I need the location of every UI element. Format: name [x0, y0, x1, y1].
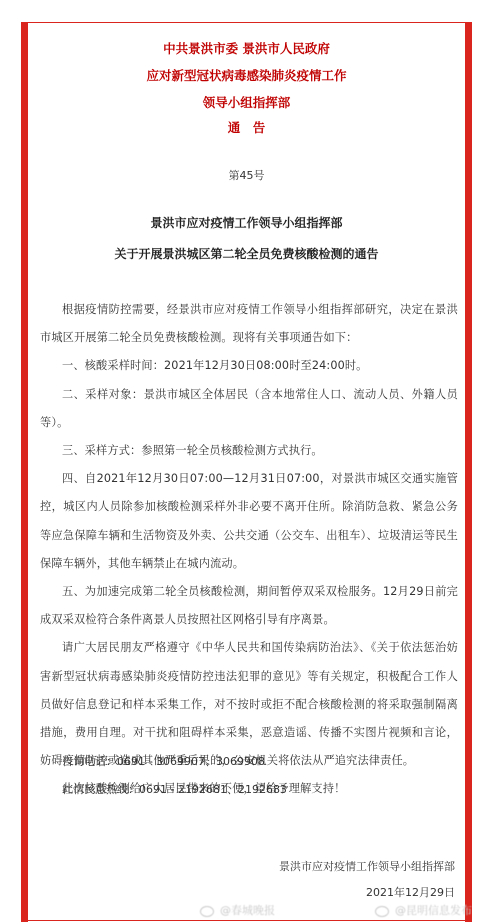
title-line-3: 领导小组指挥部 — [28, 95, 465, 111]
watermark-2: @昆明信息发布 — [375, 904, 472, 918]
paragraph-item-4: 四、自2021年12月30日07:00—12月31日07:00，对景洪市城区交通… — [40, 465, 458, 578]
frame-right-border — [465, 22, 472, 922]
subtitle-line-1: 景洪市应对疫情工作领导小组指挥部 — [28, 215, 465, 231]
doc-number: 第45号 — [28, 169, 465, 183]
issue-date: 2021年12月29日 — [366, 886, 455, 900]
subtitle-line-2: 关于开展景洪城区第二轮全员免费核酸检测的通告 — [28, 246, 465, 262]
notice-body: 根据疫情防控需要，经景洪市应对疫情工作领导小组指挥部研究，决定在景洪市城区开展第… — [40, 296, 458, 804]
frame-bottom-border — [21, 920, 472, 921]
title-line-4: 通 告 — [28, 120, 465, 136]
paragraph-item-1: 一、核酸采样时间：2021年12月30日08:00时至24:00时。 — [40, 352, 458, 380]
weibo-icon — [375, 906, 389, 917]
watermark-1: @春城晚报 — [200, 904, 275, 918]
weibo-icon — [200, 906, 214, 917]
paragraph-item-3: 三、采样方式：参照第一轮全员核酸检测方式执行。 — [40, 437, 458, 465]
paragraph-item-2: 二、采样对象：景洪市城区全体居民（含本地常住人口、流动人员、外籍人员等）。 — [40, 381, 458, 437]
paragraph-intro: 根据疫情防控需要，经景洪市应对疫情工作领导小组指挥部研究，决定在景洪市城区开展第… — [40, 296, 458, 352]
issuer-name: 景洪市应对疫情工作领导小组指挥部 — [279, 860, 455, 874]
title-line-1: 中共景洪市委 景洪市人民政府 — [28, 41, 465, 57]
frame-top-border — [21, 22, 472, 23]
frame-left-border — [21, 22, 28, 922]
title-line-2: 应对新型冠状病毒感染肺炎疫情工作 — [28, 68, 465, 84]
paragraph-item-5: 五、为加速完成第二轮全员核酸检测，期间暂停双采双检服务。12月29日前完成双采双… — [40, 578, 458, 634]
public-opinion-hotline: 社情民意热线：0691 - 2192681、2192683 — [62, 783, 287, 797]
consult-phone: 咨询电话：0691 - 3069907、3069908 — [62, 755, 265, 769]
